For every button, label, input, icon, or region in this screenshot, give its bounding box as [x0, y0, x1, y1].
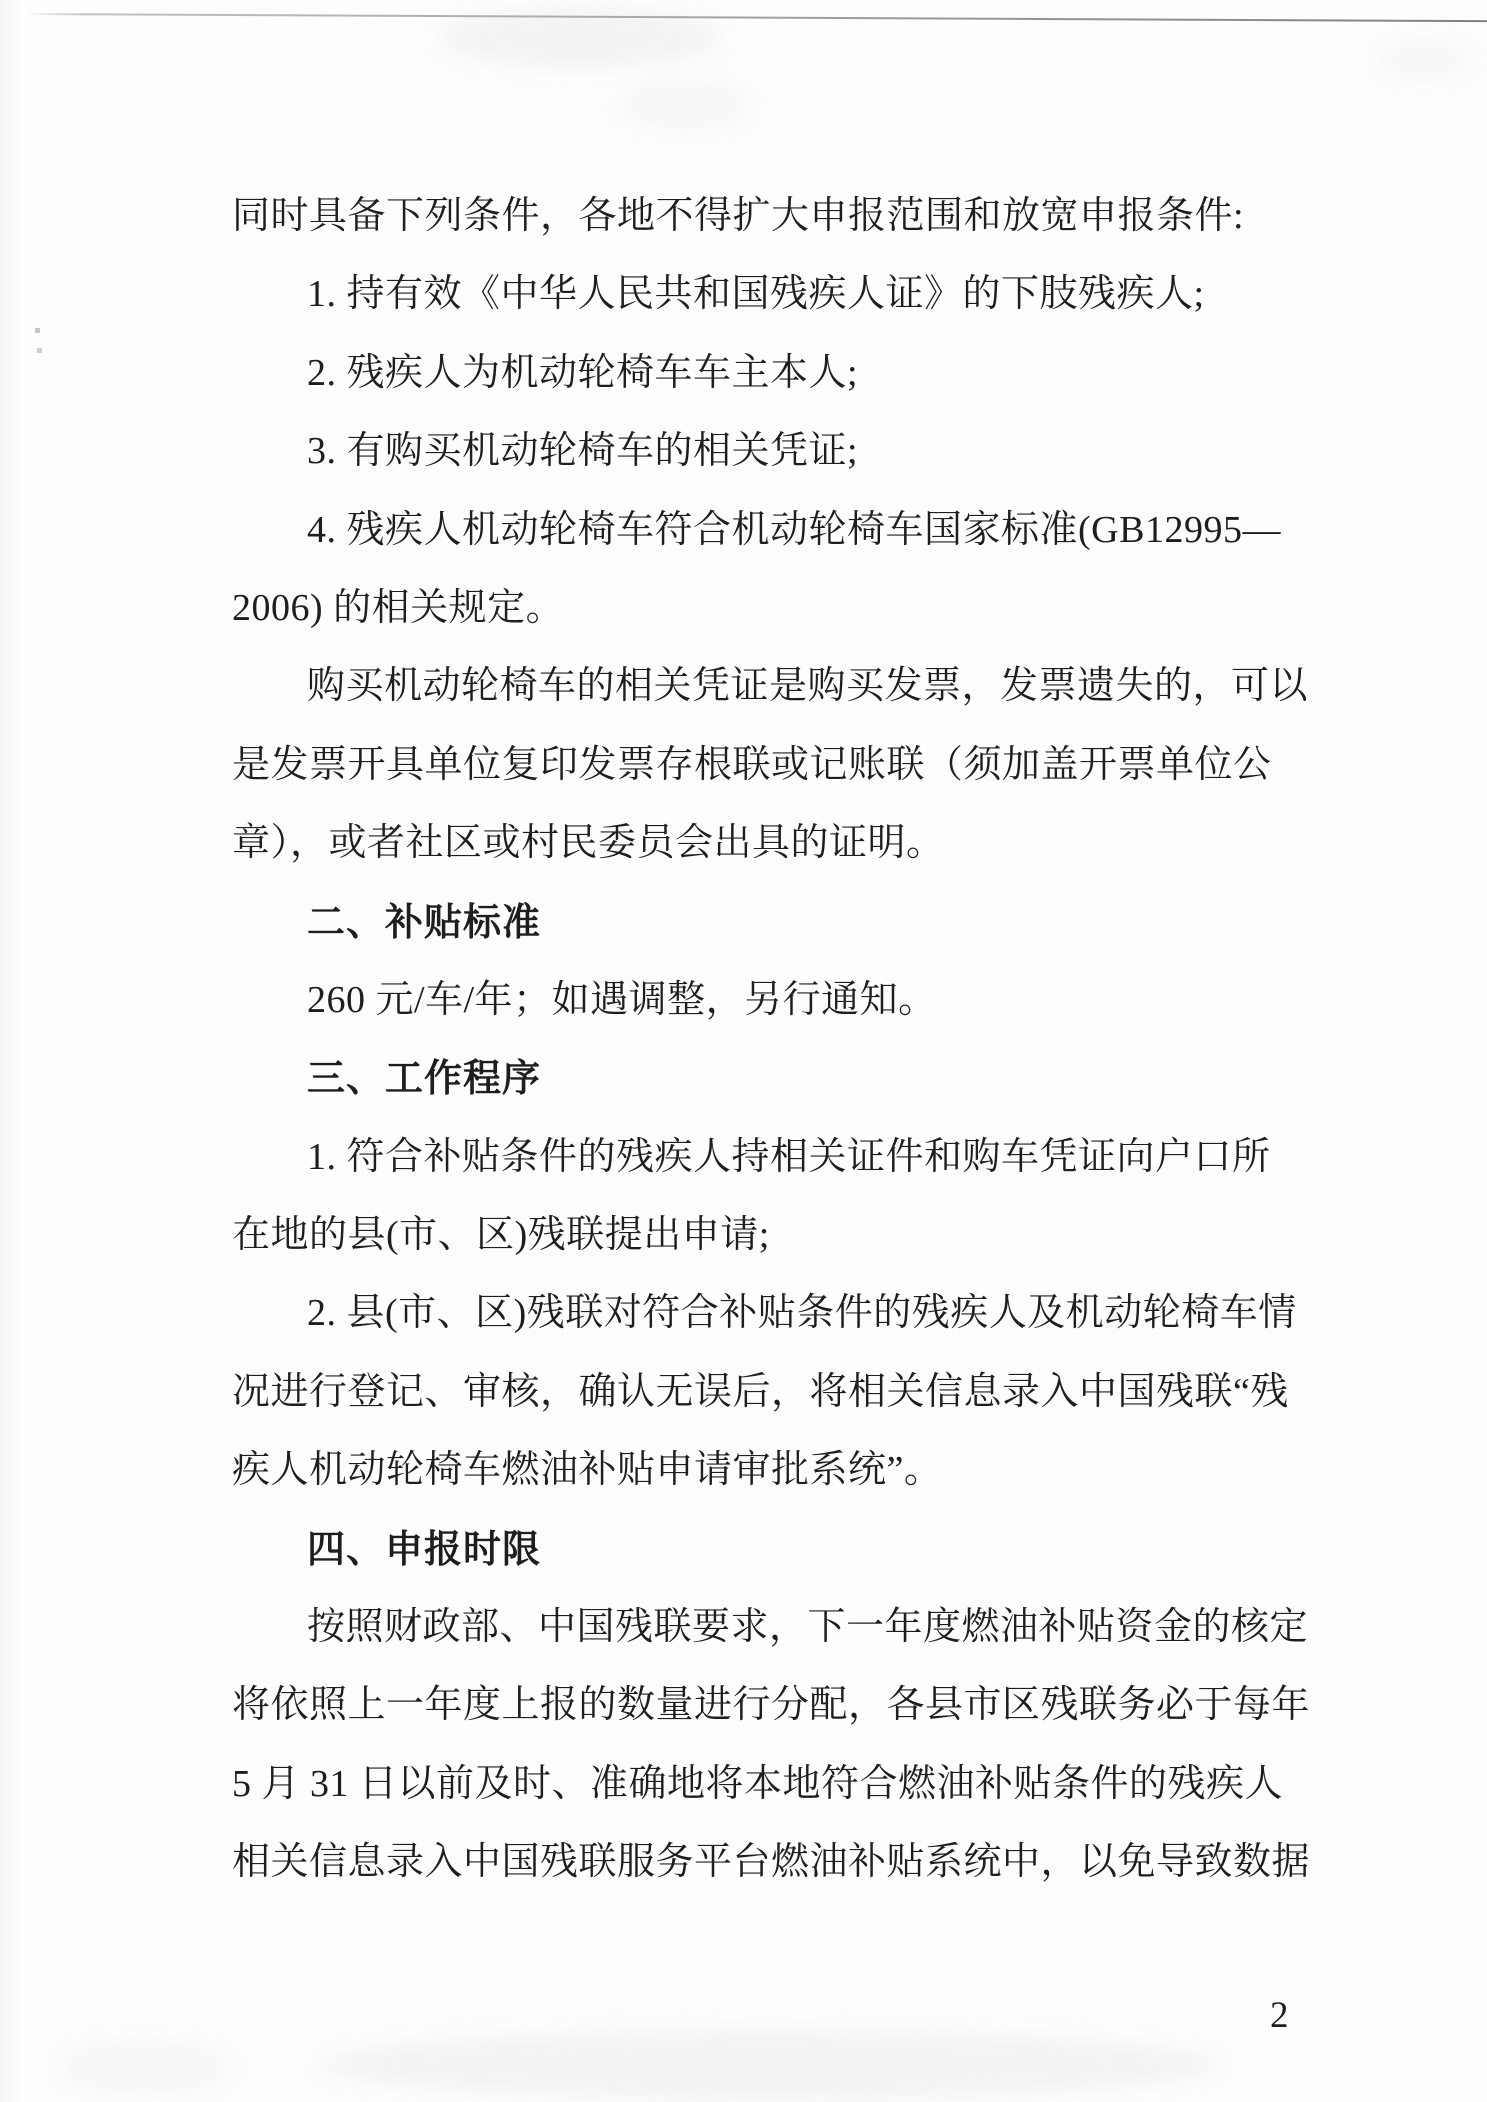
- section-heading: 四、申报时限: [232, 1510, 1302, 1588]
- text-line: 章），或者社区或村民委员会出具的证明。: [232, 804, 1302, 882]
- text-line: 在地的县(市、区)残联提出申请;: [232, 1196, 1302, 1274]
- text-line: 4. 残疾人机动轮椅车符合机动轮椅车国家标准(GB12995—: [232, 491, 1302, 569]
- scan-speck: [35, 328, 40, 333]
- text-line: 购买机动轮椅车的相关凭证是购买发票，发票遗失的，可以: [232, 647, 1302, 725]
- scan-artifact-line: [26, 13, 1487, 23]
- text-line: 2. 残疾人为机动轮椅车车主本人;: [232, 334, 1302, 412]
- scan-smudge: [1380, 40, 1470, 80]
- text-line: 相关信息录入中国残联服务平台燃油补贴系统中，以免导致数据: [232, 1823, 1302, 1901]
- text-line: 按照财政部、中国残联要求，下一年度燃油补贴资金的核定: [232, 1588, 1302, 1666]
- text-line: 5 月 31 日以前及时、准确地将本地符合燃油补贴条件的残疾人: [232, 1745, 1302, 1823]
- text-line: 1. 符合补贴条件的残疾人持相关证件和购车凭证向户口所: [232, 1118, 1302, 1196]
- scan-smudge: [620, 80, 750, 130]
- document-body: 同时具备下列条件，各地不得扩大申报范围和放宽申报条件:1. 持有效《中华人民共和…: [232, 177, 1302, 1902]
- text-line: 同时具备下列条件，各地不得扩大申报范围和放宽申报条件:: [232, 177, 1302, 255]
- scan-edge-shading: [0, 0, 26, 2102]
- text-line: 将依照上一年度上报的数量进行分配，各县市区残联务必于每年: [232, 1666, 1302, 1744]
- text-line: 2. 县(市、区)残联对符合补贴条件的残疾人及机动轮椅车情: [232, 1274, 1302, 1352]
- text-line: 是发票开具单位复印发票存根联或记账联（须加盖开票单位公: [232, 726, 1302, 804]
- text-line: 疾人机动轮椅车燃油补贴申请审批系统”。: [232, 1431, 1302, 1509]
- scan-smudge: [440, 8, 720, 68]
- page-number: 2: [1270, 1996, 1289, 2037]
- section-heading: 二、补贴标准: [232, 883, 1302, 961]
- section-heading: 三、工作程序: [232, 1039, 1302, 1117]
- scan-smudge: [320, 2030, 1220, 2100]
- text-line: 3. 有购买机动轮椅车的相关凭证;: [232, 412, 1302, 490]
- scan-smudge: [60, 2040, 230, 2095]
- text-line: 况进行登记、审核，确认无误后，将相关信息录入中国残联“残: [232, 1353, 1302, 1431]
- document-page: 同时具备下列条件，各地不得扩大申报范围和放宽申报条件:1. 持有效《中华人民共和…: [0, 0, 1487, 2102]
- text-line: 1. 持有效《中华人民共和国残疾人证》的下肢残疾人;: [232, 255, 1302, 333]
- text-line: 260 元/车/年；如遇调整，另行通知。: [232, 961, 1302, 1039]
- text-line: 2006) 的相关规定。: [232, 569, 1302, 647]
